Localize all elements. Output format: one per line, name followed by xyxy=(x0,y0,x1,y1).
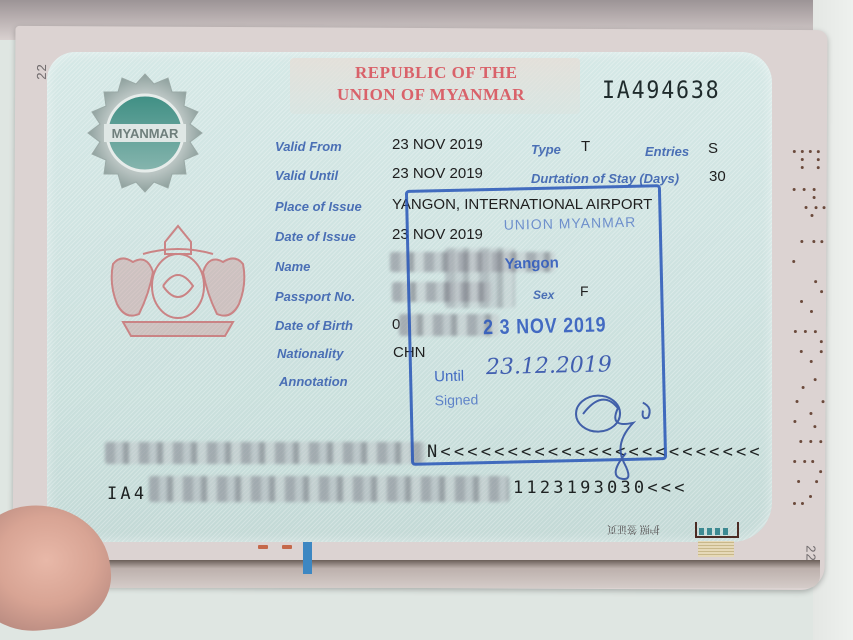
perforation-hole xyxy=(801,502,804,505)
security-mark xyxy=(258,545,268,549)
type-value: T xyxy=(581,138,590,155)
perforation-hole xyxy=(810,310,813,313)
passport-photo: 22 22 REPUBLIC OF THE UNION OF MYANMAR I… xyxy=(0,0,853,640)
valid-until-label: Valid Until xyxy=(275,168,338,183)
perforation-hole xyxy=(800,350,803,353)
perforation-hole xyxy=(813,188,816,191)
perforation-hole xyxy=(793,420,796,423)
date-of-issue-label: Date of Issue xyxy=(275,229,356,244)
title-line-1: REPUBLIC OF THE xyxy=(297,62,597,84)
visa-number: IA494638 xyxy=(602,76,720,104)
stamp-header: UNION MYANMAR xyxy=(504,214,637,233)
visa-number-text: IA494638 xyxy=(602,76,720,104)
perforation-hole xyxy=(809,412,812,415)
security-mark xyxy=(282,545,292,549)
perforation-hole xyxy=(817,166,820,169)
name-label: Name xyxy=(275,259,310,274)
svg-text:MYANMAR: MYANMAR xyxy=(112,126,179,141)
entries-value: S xyxy=(708,140,718,157)
redacted-mrz-line-2 xyxy=(149,476,509,502)
duration-value: 30 xyxy=(709,168,726,185)
perforation-hole xyxy=(800,240,803,243)
perforation-hole xyxy=(793,188,796,191)
perforation-hole xyxy=(814,378,817,381)
valid-from-label: Valid From xyxy=(275,139,342,154)
perforation-hole xyxy=(809,150,812,153)
footer-cjk-text: 护照 签证页 xyxy=(607,523,660,538)
perforation-hole xyxy=(800,300,803,303)
perforation-hole xyxy=(817,158,820,161)
hologram-seal-icon: MYANMAR xyxy=(82,70,208,196)
perforation-hole xyxy=(792,260,795,263)
entry-stamp: UNION MYANMAR Yangon 2 3 NOV 2019 Until … xyxy=(405,184,667,466)
mrz-line-2-prefix: IA4 xyxy=(107,484,147,504)
visa-title: REPUBLIC OF THE UNION OF MYANMAR xyxy=(297,62,597,106)
type-label: Type xyxy=(531,142,561,157)
perforation-hole xyxy=(819,440,822,443)
valid-from-value: 23 NOV 2019 xyxy=(392,136,483,153)
perforation-hole xyxy=(812,240,815,243)
perforation-hole xyxy=(815,480,818,483)
perforation-hole xyxy=(804,330,807,333)
perforation-hole xyxy=(823,206,826,209)
perforation-hole xyxy=(810,214,813,217)
perforation-hole xyxy=(805,206,808,209)
gold-strip xyxy=(698,541,734,557)
perforation-hole xyxy=(813,425,816,428)
coat-of-arms-icon xyxy=(103,224,253,342)
perforation-hole xyxy=(797,480,800,483)
perforation-hole xyxy=(803,460,806,463)
perforation-hole xyxy=(814,330,817,333)
page-edge xyxy=(90,560,820,588)
perforation-hole xyxy=(811,460,814,463)
nationality-label: Nationality xyxy=(277,346,343,361)
perforation-hole xyxy=(820,340,823,343)
entries-label: Entries xyxy=(645,144,689,159)
perforation-hole xyxy=(813,196,816,199)
perforation-hole xyxy=(801,150,804,153)
stamp-city: Yangon xyxy=(504,254,559,272)
perforation-hole xyxy=(794,330,797,333)
perforation-hole xyxy=(801,158,804,161)
security-strip xyxy=(303,542,312,574)
perforation-hole xyxy=(803,188,806,191)
perforation-hole xyxy=(810,360,813,363)
perforation-hole xyxy=(809,440,812,443)
perforation-hole xyxy=(815,206,818,209)
perforation-hole xyxy=(801,166,804,169)
perforation-hole xyxy=(796,400,799,403)
passport-no-label: Passport No. xyxy=(275,289,355,304)
perforation-hole xyxy=(819,470,822,473)
stamp-signed-label: Signed xyxy=(435,391,479,408)
perforation-hole xyxy=(820,240,823,243)
valid-until-value: 23 NOV 2019 xyxy=(392,165,483,182)
perforation-hole xyxy=(793,460,796,463)
perforation-hole xyxy=(817,150,820,153)
perforation-hole xyxy=(802,386,805,389)
place-of-issue-label: Place of Issue xyxy=(275,199,362,214)
date-of-birth-label: Date of Birth xyxy=(275,318,353,333)
perforation-hole xyxy=(799,440,802,443)
perforation-hole xyxy=(814,280,817,283)
perforation-holes xyxy=(789,150,831,510)
stamp-until-handwritten: 23.12.2019 xyxy=(486,352,613,380)
passport-tab xyxy=(695,522,739,538)
signature-icon xyxy=(562,382,674,494)
perforation-hole xyxy=(793,150,796,153)
redacted-mrz-line-1 xyxy=(105,442,425,464)
annotation-label: Annotation xyxy=(279,374,348,389)
perforation-hole xyxy=(809,495,812,498)
stamp-until-label: Until xyxy=(434,368,464,386)
perforation-hole xyxy=(822,400,825,403)
stamp-date: 2 3 NOV 2019 xyxy=(483,313,607,340)
perforation-hole xyxy=(820,350,823,353)
perforation-hole xyxy=(793,502,796,505)
title-line-2: UNION OF MYANMAR xyxy=(297,84,597,106)
perforation-hole xyxy=(820,290,823,293)
